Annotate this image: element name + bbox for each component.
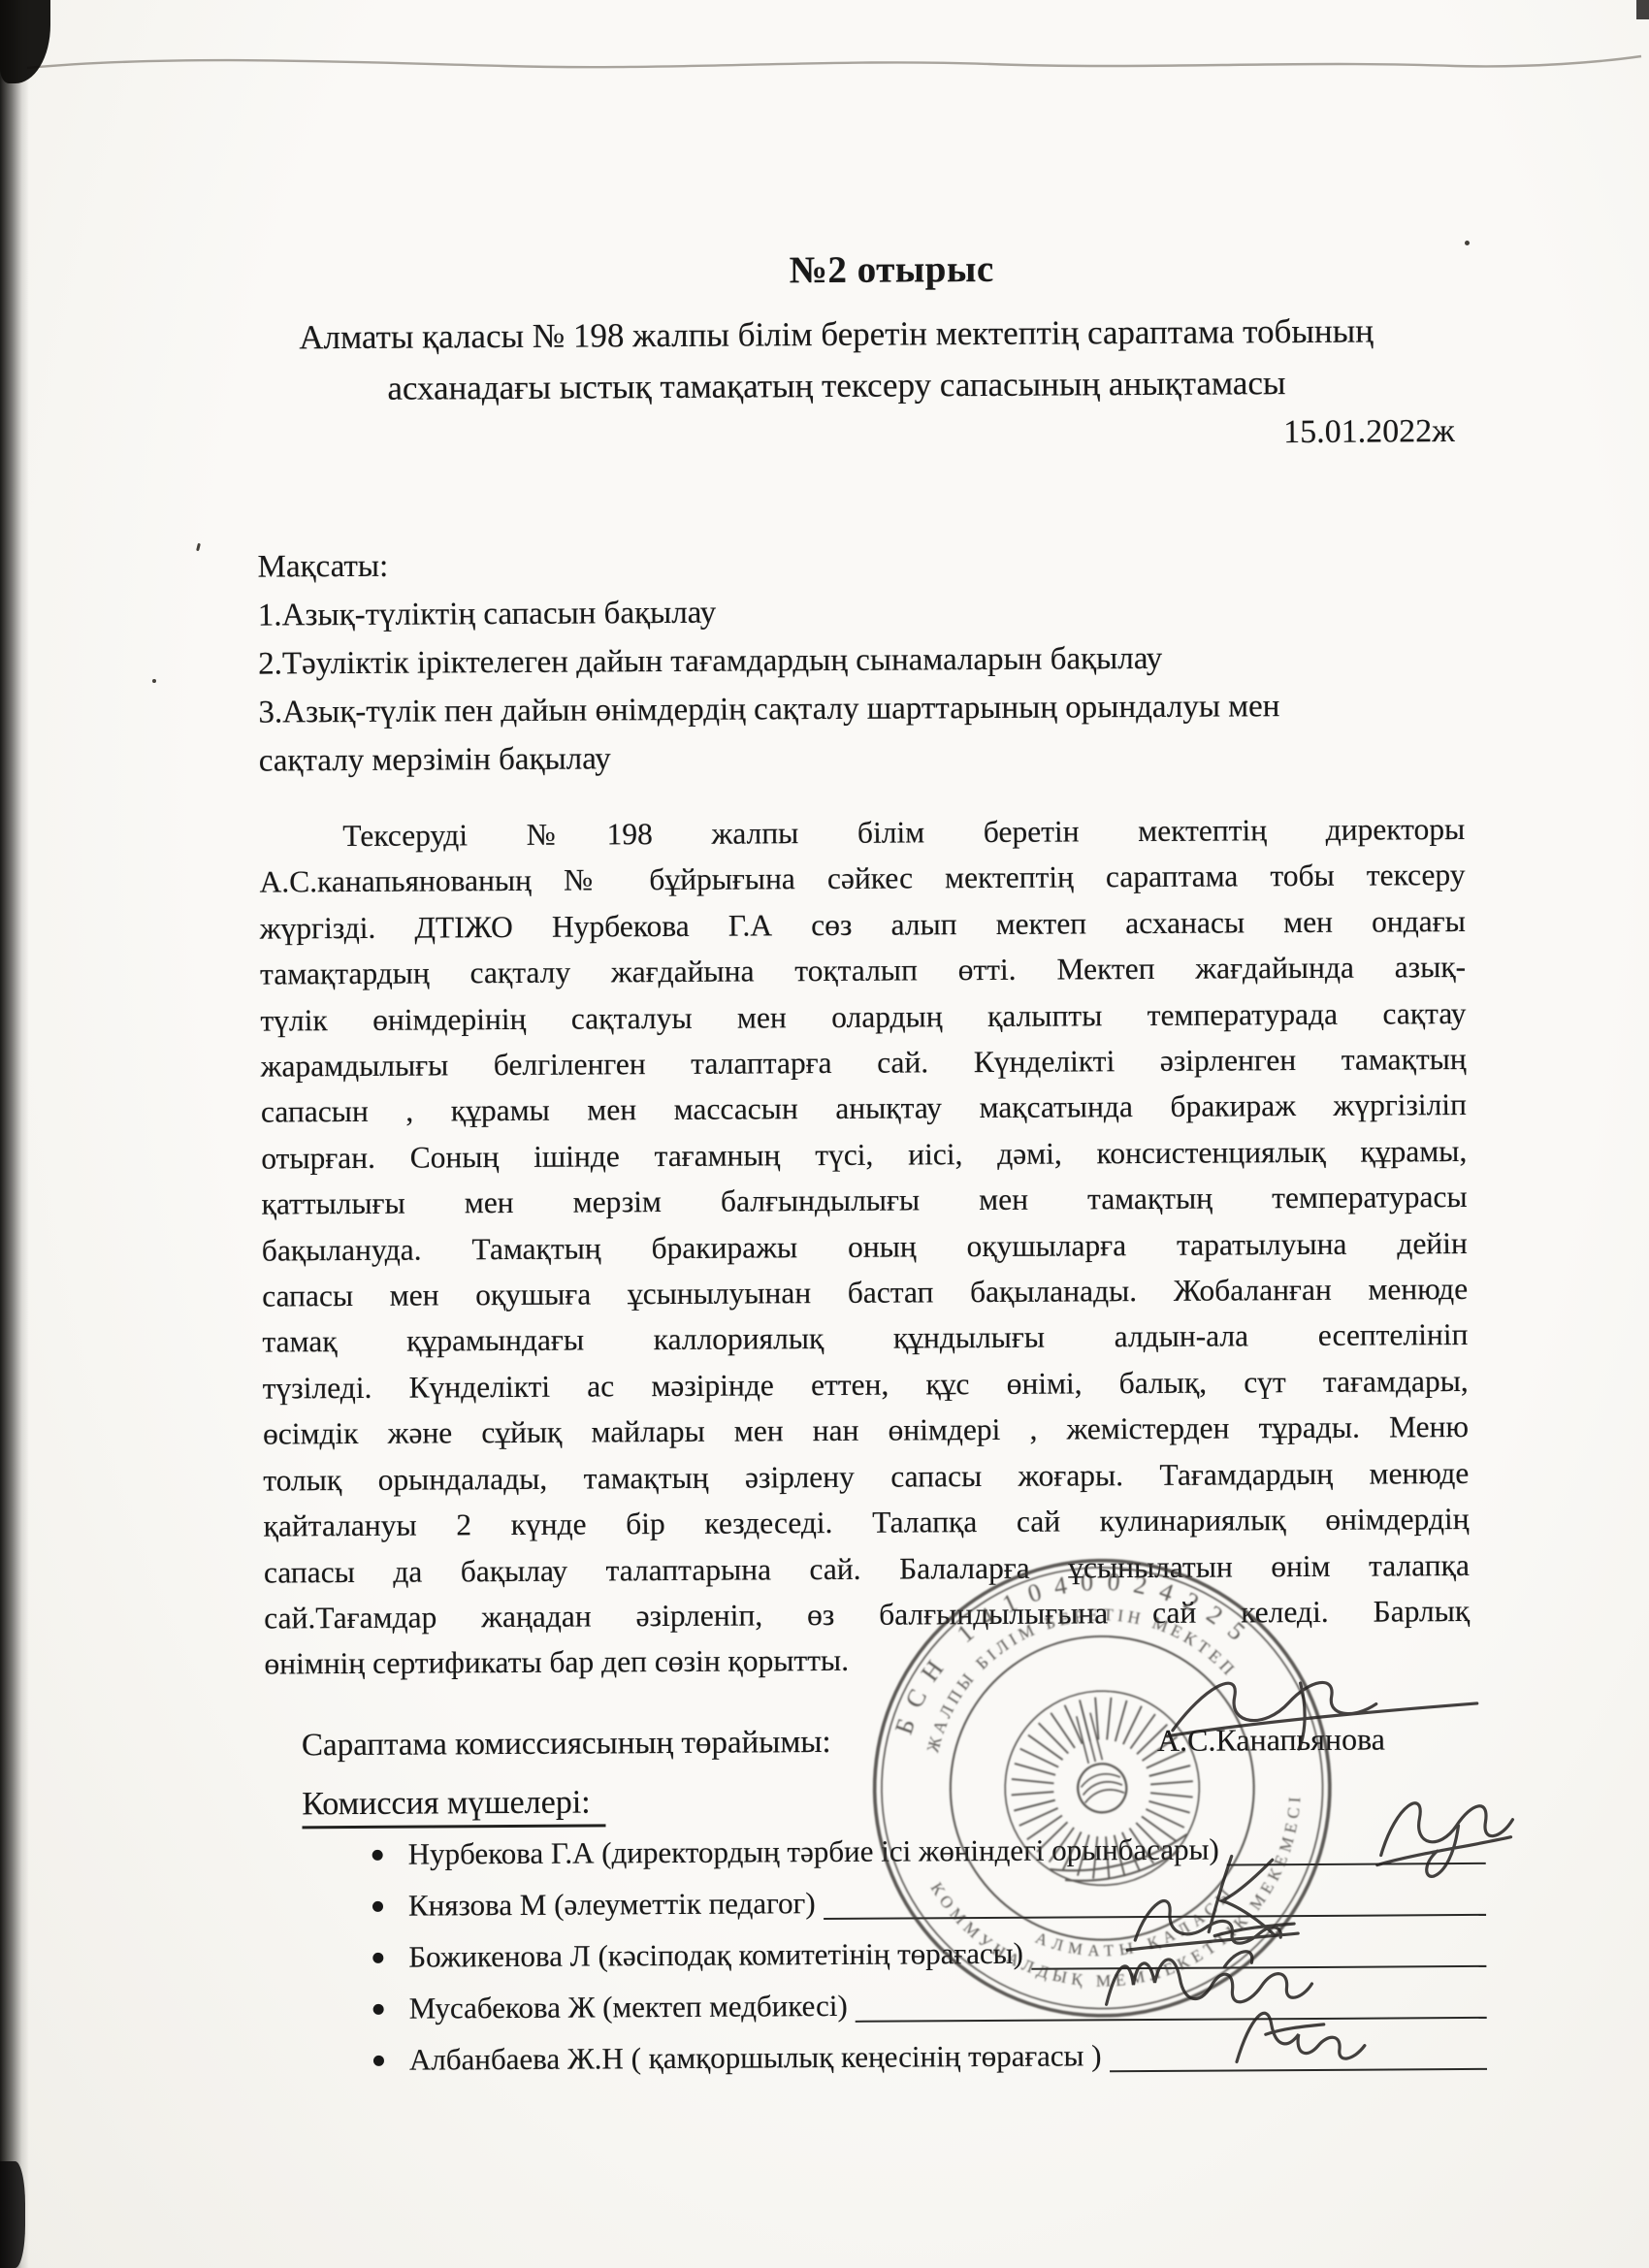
body-line: қаттылығы мен мерзім балғындылығы мен та… xyxy=(261,1174,1467,1227)
svg-text:КОММУНАЛДЫҚ МЕМЛЕКЕТТІК МЕКЕМЕ: КОММУНАЛДЫҚ МЕМЛЕКЕТТІК МЕКЕМЕСІ xyxy=(925,1787,1341,2026)
document-subtitle: Алматы қаласы № 198 жалпы білім беретін … xyxy=(201,305,1472,415)
stamp-ring-bottom-text: КОММУНАЛДЫҚ МЕМЛЕКЕТТІК МЕКЕМЕСІ xyxy=(925,1787,1341,2026)
body-line: отырған. Соның ішінде тағамның түсі, иіс… xyxy=(261,1128,1467,1182)
signature-blank-line xyxy=(1109,2031,1487,2072)
body-line: А.С.канапьянованың № бұйрығына сәйкес ме… xyxy=(259,852,1465,905)
body-line: түлік өнімдерінің сақталуы мен олардың қ… xyxy=(260,990,1466,1044)
purpose-line: 3.Азық-түлік пен дайын өнімдердің сақтал… xyxy=(258,681,1471,737)
body-line: қайталануы 2 күнде бір кездеседі. Талапқ… xyxy=(263,1496,1469,1549)
scan-bottom-left-artifact xyxy=(0,2161,25,2268)
scan-top-edge-line-artifact xyxy=(0,17,1649,95)
scan-speck xyxy=(1465,241,1470,245)
body-line: түзіледі. Күнделікті ас мәзірінде еттен,… xyxy=(263,1358,1469,1411)
bullet-icon xyxy=(372,1850,383,1861)
scanned-document-page: №2 отырыс Алматы қаласы № 198 жалпы білі… xyxy=(0,0,1649,2268)
subtitle-line-1: Алматы қаласы № 198 жалпы білім беретін … xyxy=(201,305,1471,364)
scan-line-path xyxy=(27,56,1641,68)
stamp-sunburst-rays xyxy=(991,1677,1212,1898)
document-date: 15.01.2022ж xyxy=(260,413,1455,458)
body-line: тамақтардың сақталу жағдайына тоқталып ө… xyxy=(260,944,1466,997)
bullet-icon xyxy=(373,2004,384,2015)
official-round-stamp: БСН 141040024225 КОММУНАЛДЫҚ МЕМЛЕКЕТТІК… xyxy=(863,1549,1342,2027)
body-line: сапасын , құрамы мен массасын анықтау ма… xyxy=(261,1082,1467,1135)
body-line: сапасы мен оқушыға ұсынылуынан бастап ба… xyxy=(262,1266,1468,1319)
body-line: жарамдылығы белгіленген талаптарға сай. … xyxy=(261,1036,1467,1089)
member-name: Албанбаева Ж.Н ( қамқоршылық кеңесінің т… xyxy=(409,2033,1102,2082)
scan-left-edge-artifact xyxy=(0,0,29,2268)
bullet-icon xyxy=(373,2056,384,2066)
chairperson-label: Сараптама комиссиясының төрайымы: xyxy=(302,1725,831,1763)
member-name: Мусабекова Ж (мектеп медбикесі) xyxy=(409,1984,848,2031)
document-title: №2 отырыс xyxy=(259,244,1467,296)
body-line: өсімдік және сұйық майлары мен нан өнімд… xyxy=(263,1404,1469,1457)
body-line: тамақ құрамындағы каллориялық құндылығы … xyxy=(262,1312,1468,1365)
purpose-list: 1.Азық-түліктің сапасын бақылау 2.Тәулік… xyxy=(258,584,1471,786)
bullet-icon xyxy=(372,1953,383,1963)
body-line: жүргізді. ДТІЖО Нурбекова Г.А сөз алып м… xyxy=(260,898,1466,952)
svg-text:АЛМАТЫ ҚАЛАСЫ: АЛМАТЫ ҚАЛАСЫ xyxy=(1029,1878,1247,1981)
bullet-icon xyxy=(372,1901,383,1912)
chairperson-line: Сараптама комиссиясының төрайымы: xyxy=(302,1725,831,1764)
scan-top-right-corner-artifact xyxy=(1636,0,1649,19)
document-content: №2 отырыс Алматы қаласы № 198 жалпы білі… xyxy=(0,0,1649,2268)
body-line: бақылануда. Тамақтың бракиражы оның оқуш… xyxy=(262,1220,1468,1274)
purpose-line: 2.Тәуліктік іріктелеген дайын тағамдарды… xyxy=(258,632,1471,689)
commission-member-row: Албанбаева Ж.Н ( қамқоршылық кеңесінің т… xyxy=(373,2031,1489,2090)
stamp-shanyrak-arcs xyxy=(1080,1769,1124,1802)
subtitle-line-2: асханадағы ыстық тамақатың тексеру сапас… xyxy=(201,356,1471,415)
stamp-emblem-ring xyxy=(984,1670,1220,1907)
stamp-shanyrak-icon xyxy=(1073,1759,1132,1818)
purpose-line: 1.Азық-түліктің сапасын бақылау xyxy=(258,584,1471,640)
stamp-ring-inner-bottom-text: АЛМАТЫ ҚАЛАСЫ xyxy=(1029,1878,1247,1981)
body-line: Тексеруді №198 жалпы білім беретін мекте… xyxy=(259,806,1465,859)
member-name: Князова М (әлеуметтік педагог) xyxy=(408,1881,816,1928)
body-line: толық орындалады, тамақтың әзірлену сапа… xyxy=(263,1450,1469,1504)
members-heading: Комиссия мүшелері: xyxy=(302,1784,606,1829)
purpose-line: сақталу мерзімін бақылау xyxy=(259,729,1471,786)
purpose-section: Мақсаты: 1.Азық-түліктің сапасын бақылау… xyxy=(257,535,1471,786)
scan-speck xyxy=(152,679,156,683)
purpose-heading: Мақсаты: xyxy=(257,535,1470,592)
